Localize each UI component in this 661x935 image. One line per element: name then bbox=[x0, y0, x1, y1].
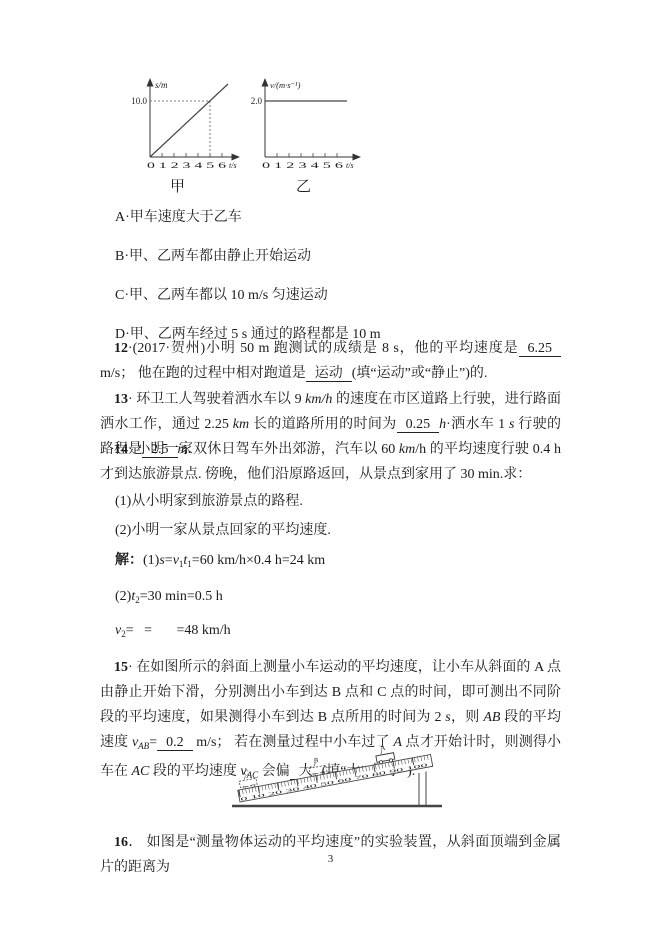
question-12: 12·(2017·贺州)小明 50 m 跑测试的成绩是 8 s，他的平均速度是6… bbox=[100, 336, 561, 386]
car-a-label: A bbox=[379, 746, 386, 753]
incline-diagram: 0 10 20 30 40 50 60 70 80 90 100 A B C bbox=[226, 746, 446, 818]
caption-yi: 乙 bbox=[296, 175, 311, 196]
page-number: 3 bbox=[0, 853, 661, 865]
y-value-label: 2.0 bbox=[251, 96, 263, 106]
y-axis-label: v/(m·s⁻¹) bbox=[270, 80, 301, 90]
car-a-wheel-icon bbox=[389, 759, 393, 763]
x-tick-labels: 0 1 2 3 4 5 6 bbox=[262, 160, 343, 170]
worksheet-page: s/m 10.0 0 1 2 3 4 5 6 t/s v/(m·s⁻¹) 2.0… bbox=[0, 0, 661, 935]
question-14: 14· 小明一家双休日驾车外出郊游，汽车以 60 km/h 的平均速度行驶 0.… bbox=[100, 437, 561, 487]
ruler-ramp: 0 10 20 30 40 50 60 70 80 90 100 A B C bbox=[234, 746, 432, 802]
x-tick-labels: 0 1 2 3 4 5 6 bbox=[147, 160, 226, 170]
caption-jia: 甲 bbox=[170, 175, 185, 196]
x-axis-label: t/s bbox=[229, 161, 237, 170]
x-axis-arrow-icon bbox=[232, 154, 241, 161]
ruler-numbers: 0 10 20 30 40 50 60 70 80 90 100 bbox=[240, 762, 430, 802]
s-t-data-line bbox=[150, 84, 228, 157]
option-c: C·甲、乙两车都以 10 m/s 匀速运动 bbox=[115, 286, 328, 306]
graph-yi-v-t: v/(m·s⁻¹) 2.0 0 1 2 3 4 5 6 t/s bbox=[243, 73, 365, 173]
y-axis-label: s/m bbox=[155, 80, 168, 90]
car-b-label: B bbox=[313, 756, 319, 765]
y-axis-arrow-icon bbox=[147, 78, 154, 87]
solution-line-3: v2= = =48 km/h bbox=[115, 621, 231, 644]
graph-jia-s-t: s/m 10.0 0 1 2 3 4 5 6 t/s bbox=[130, 73, 242, 173]
y-value-label: 10.0 bbox=[131, 96, 147, 106]
option-b: B·甲、乙两车都由静止开始运动 bbox=[115, 247, 311, 267]
option-a: A·甲车速度大于乙车 bbox=[115, 208, 242, 228]
x-axis-arrow-icon bbox=[353, 154, 362, 161]
question-14-sub1: (1)从小明家到旅游景点的路程. bbox=[115, 492, 303, 512]
solution-line-2: (2)t2=30 min=0.5 h bbox=[115, 587, 223, 610]
car-a-wheel-icon bbox=[379, 760, 383, 764]
x-axis-label: t/s bbox=[346, 161, 354, 170]
car-c-label: C bbox=[243, 769, 249, 778]
question-14-sub2: (2)小明一家从景点回家的平均速度. bbox=[115, 521, 331, 541]
y-axis-arrow-icon bbox=[262, 78, 269, 87]
solution-line-1: 解：(1)s=v1t1=60 km/h×0.4 h=24 km bbox=[115, 551, 325, 574]
